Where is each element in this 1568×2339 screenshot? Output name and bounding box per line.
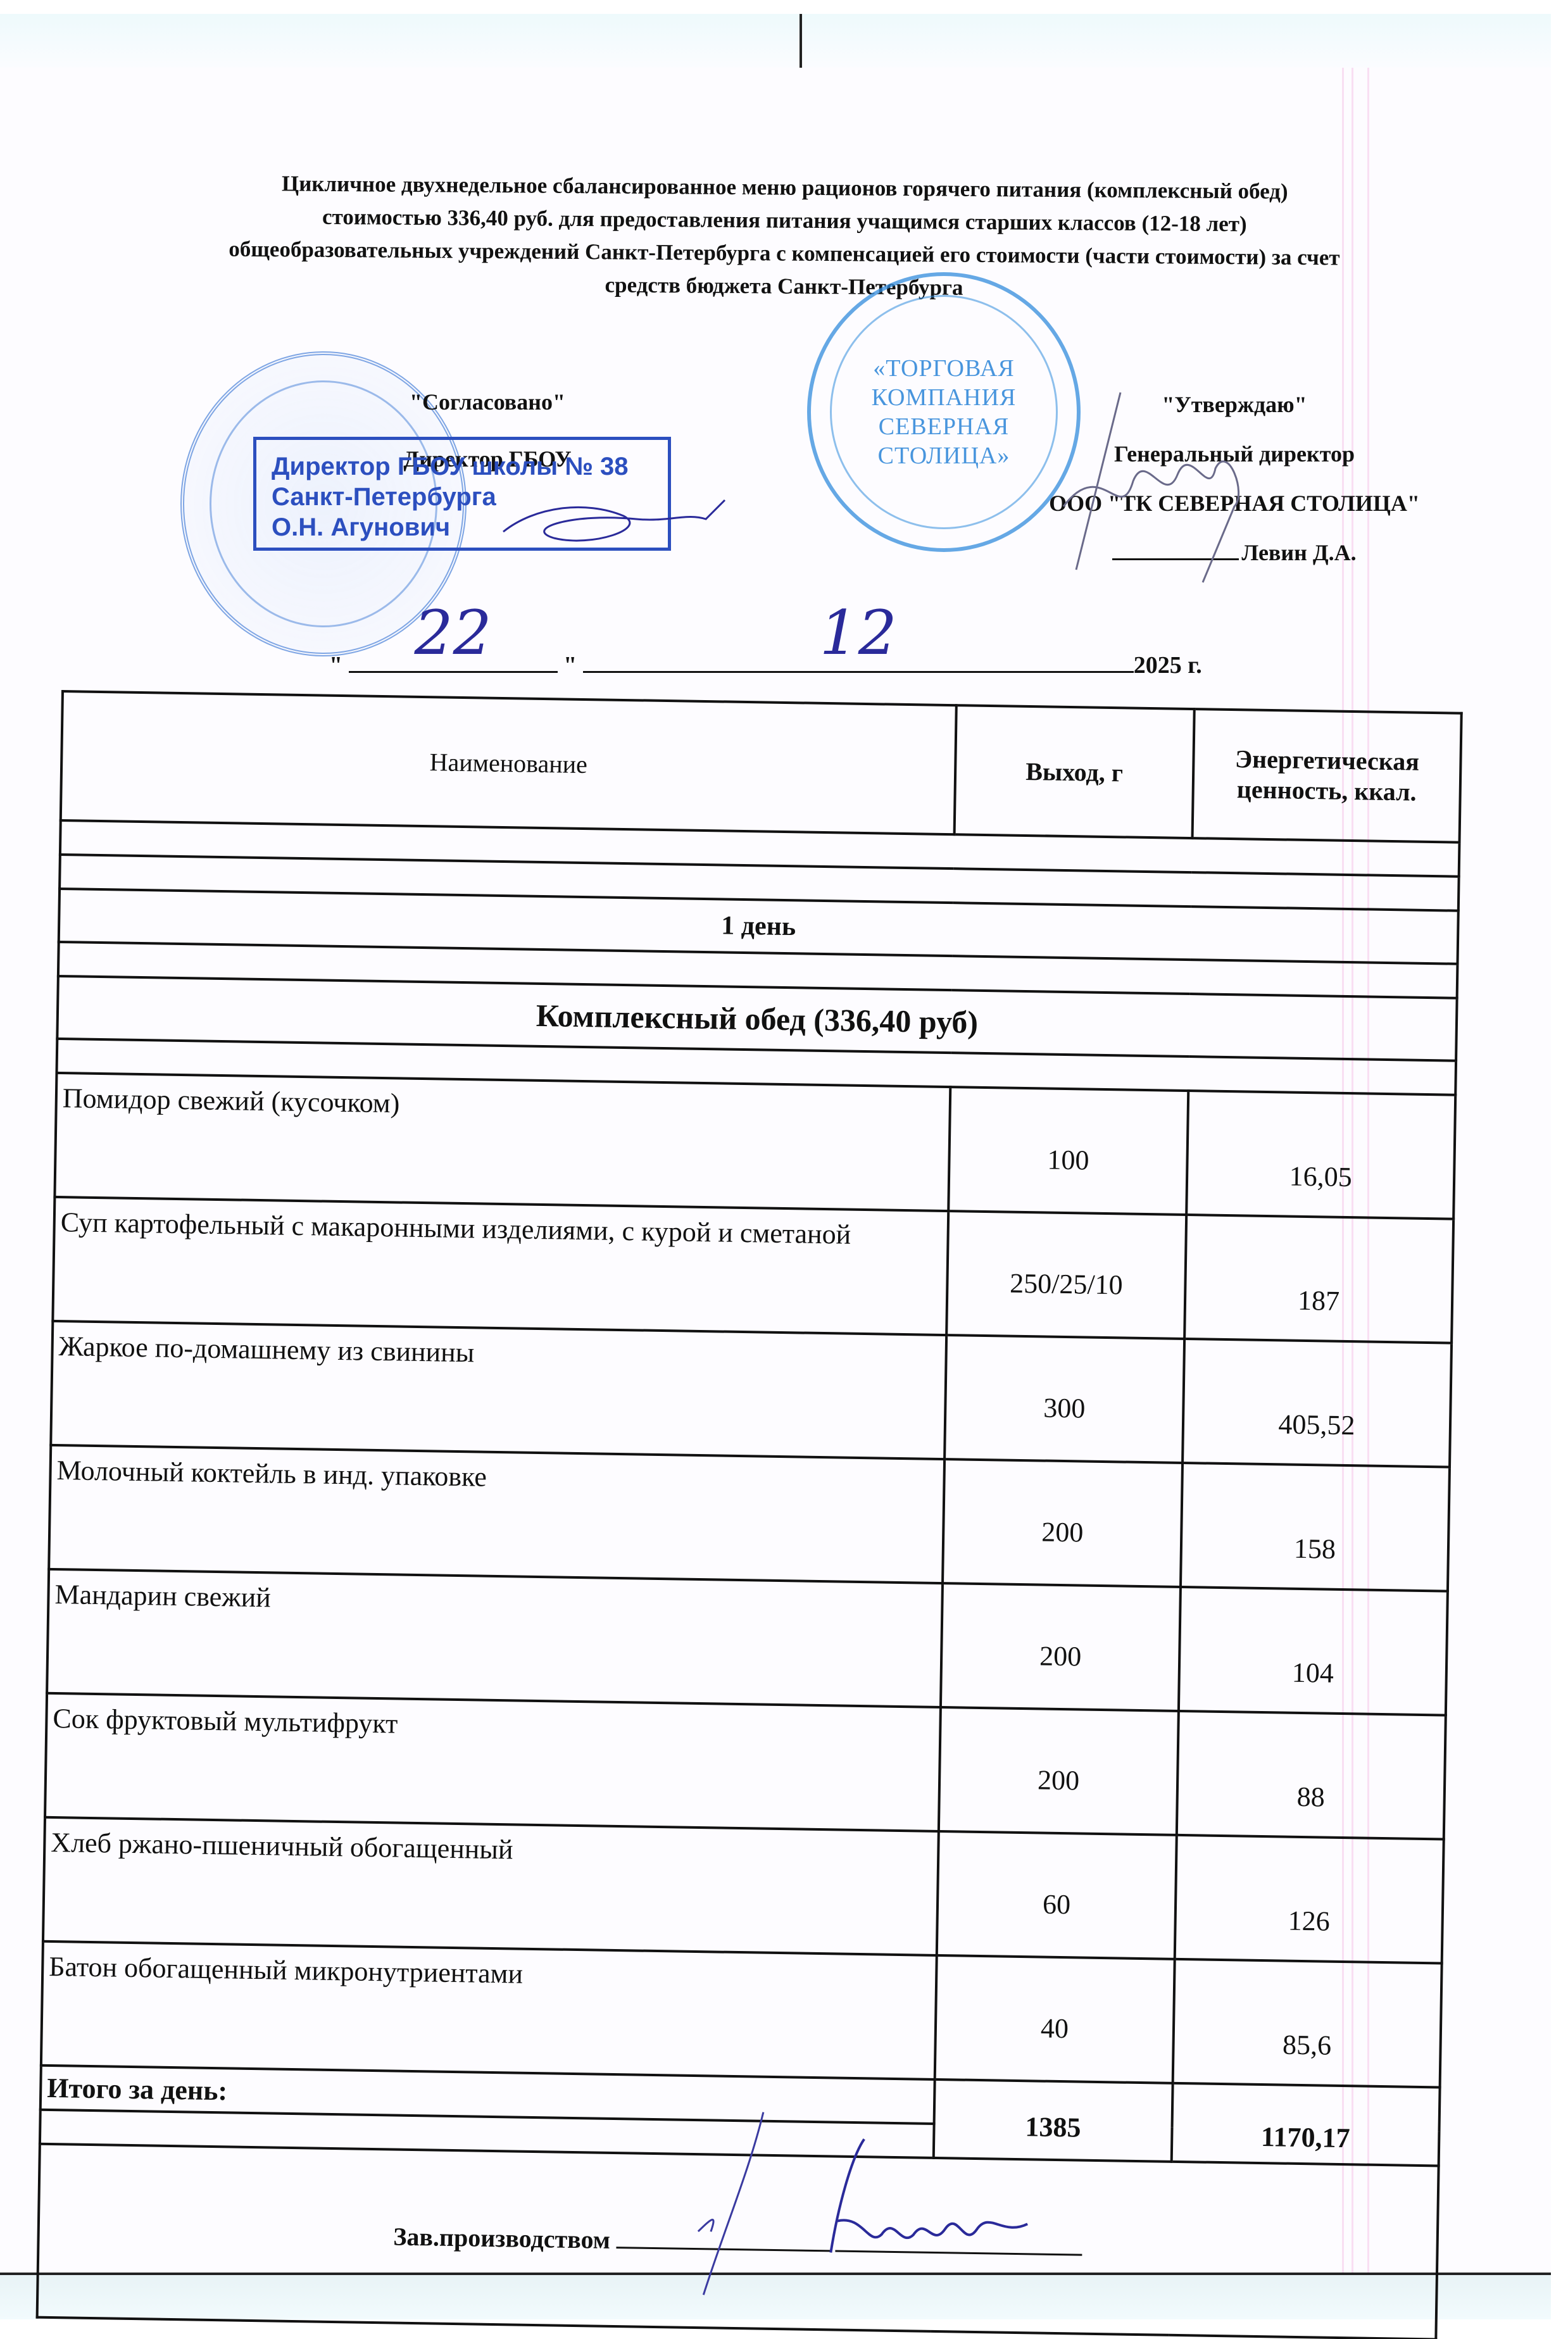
director-rect-stamp: Директор ГБОУ школы № 38 Санкт-Петербург… — [253, 437, 671, 551]
header-name: Наименование — [61, 691, 956, 834]
item-name: Суп картофельный с макаронными изделиями… — [53, 1197, 948, 1335]
production-head-signature — [672, 2104, 1118, 2314]
table-row: Мандарин свежий200104 — [47, 1569, 1448, 1715]
item-kcal: 158 — [1181, 1463, 1450, 1591]
header-yield: Выход, г — [955, 705, 1195, 838]
item-yield: 300 — [944, 1335, 1184, 1463]
director-signature — [497, 494, 737, 551]
fold-mark — [800, 14, 802, 68]
item-name: Молочный коктейль в инд. упаковке — [49, 1445, 944, 1583]
footer-row: Зав.производством — [37, 2144, 1439, 2339]
item-kcal: 104 — [1179, 1587, 1448, 1715]
item-yield: 250/25/10 — [946, 1211, 1186, 1339]
item-name: Мандарин свежий — [47, 1569, 943, 1707]
menu-table-container: Наименование Выход, г Энергетическая цен… — [36, 690, 1460, 2339]
table-row: Сок фруктовый мультифрукт20088 — [45, 1693, 1446, 1840]
table-row: Жаркое по-домашнему из свинины300405,52 — [51, 1321, 1452, 1467]
menu-table: Наименование Выход, г Энергетическая цен… — [36, 690, 1463, 2339]
item-name: Помидор свежий (кусочком) — [54, 1073, 950, 1211]
item-yield: 60 — [937, 1831, 1177, 1959]
total-kcal: 1170,17 — [1172, 2083, 1440, 2166]
item-kcal: 16,05 — [1186, 1091, 1455, 1219]
table-header-row: Наименование Выход, г Энергетическая цен… — [61, 691, 1462, 843]
date-day: 22 — [349, 598, 558, 668]
item-kcal: 126 — [1175, 1835, 1444, 1964]
table-row: Хлеб ржано-пшеничный обогащенный60126 — [43, 1817, 1444, 1964]
item-yield: 40 — [935, 1955, 1175, 2083]
item-kcal: 85,6 — [1173, 1959, 1442, 2088]
item-yield: 100 — [948, 1087, 1188, 1215]
item-name: Жаркое по-домашнему из свинины — [51, 1321, 946, 1459]
item-name: Батон обогащенный микронутриентами — [41, 1941, 937, 2079]
table-row: Суп картофельный с макаронными изделиями… — [53, 1197, 1453, 1343]
item-kcal: 88 — [1177, 1711, 1446, 1840]
item-yield: 200 — [941, 1583, 1181, 1711]
production-head-label: Зав.производством — [393, 2222, 610, 2254]
date-year: 2025 г. — [1134, 652, 1202, 679]
agreed-heading: "Согласовано" — [354, 373, 620, 430]
item-kcal: 187 — [1184, 1215, 1453, 1343]
item-yield: 200 — [939, 1707, 1179, 1835]
table-row: Батон обогащенный микронутриентами4085,6 — [41, 1941, 1442, 2088]
item-yield: 200 — [943, 1459, 1182, 1587]
document-title: Цикличное двухнедельное сбалансированное… — [94, 166, 1475, 308]
header-kcal: Энергетическая ценность, ккал. — [1193, 709, 1462, 843]
table-row: Помидор свежий (кусочком)10016,05 — [54, 1073, 1455, 1219]
item-kcal: 405,52 — [1182, 1339, 1452, 1467]
approval-date: " 22 " 122025 г. — [329, 646, 1202, 679]
date-month: 12 — [583, 598, 1134, 668]
scan-edge-top — [0, 14, 1551, 68]
item-name: Хлеб ржано-пшеничный обогащенный — [43, 1817, 939, 1955]
table-row: Молочный коктейль в инд. упаковке200158 — [49, 1445, 1450, 1591]
item-name: Сок фруктовый мультифрукт — [45, 1693, 941, 1831]
general-director-signature — [1025, 380, 1291, 589]
